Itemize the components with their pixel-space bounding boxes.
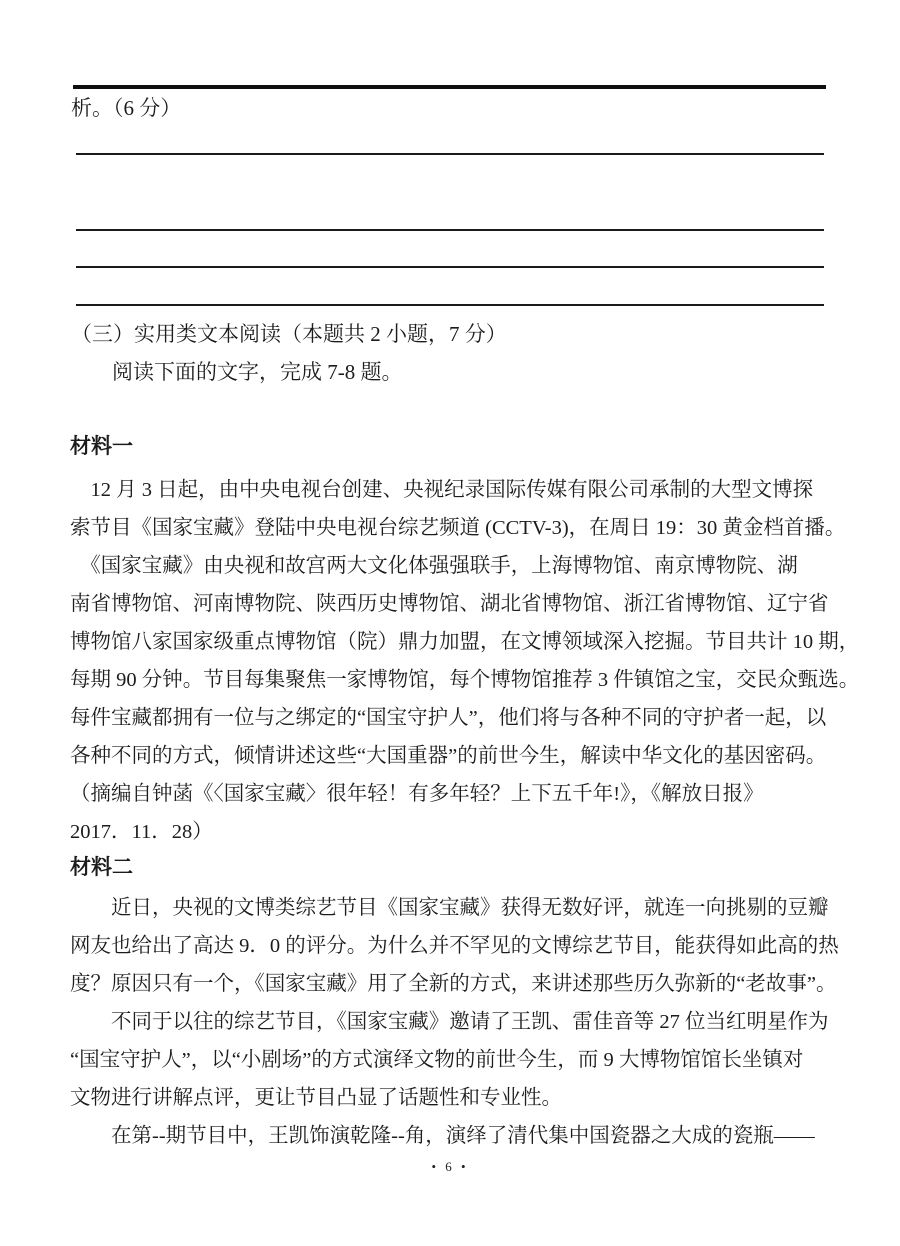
reading-instruction: 阅读下面的文字，完成 7-8 题。	[70, 358, 403, 386]
material-one-title: 材料一	[70, 433, 133, 461]
text-line: 在第--期节目中，王凯饰演乾隆--角，演绎了清代集中国瓷器之大成的瓷瓶——	[70, 1117, 860, 1155]
material-two-text: 近日，央视的文博类综艺节目《国家宝藏》获得无数好评，就连一向挑剔的豆瓣网友也给出…	[70, 889, 860, 1155]
text-line: 网友也给出了高达 9．0 的评分。为什么并不罕见的文博综艺节目，能获得如此高的热	[70, 927, 860, 965]
text-line: 度？原因只有一个，《国家宝藏》用了全新的方式，来讲述那些历久弥新的“老故事”。	[70, 965, 860, 1003]
text-line: “国宝守护人”，以“小剧场”的方式演绎文物的前世今生，而 9 大博物馆馆长坐镇对	[70, 1041, 860, 1079]
text-line: 每件宝藏都拥有一位与之绑定的“国宝守护人”，他们将与各种不同的守护者一起，以	[70, 699, 860, 737]
text-line: 《国家宝藏》由央视和故宫两大文化体强强联手，上海博物馆、南京博物院、湖	[70, 547, 860, 585]
section-heading: （三）实用类文本阅读（本题共 2 小题，7 分）	[71, 320, 507, 348]
text-line: （摘编自钟菡《〈国家宝藏〉很年轻！有多年轻？上下五千年!》，《解放日报》	[70, 775, 860, 813]
answer-line	[76, 266, 824, 268]
text-line: 索节目《国家宝藏》登陆中央电视台综艺频道 (CCTV-3)，在周日 19：30 …	[70, 509, 860, 547]
text-line: 不同于以往的综艺节目，《国家宝藏》邀请了王凯、雷佳音等 27 位当红明星作为	[70, 1003, 860, 1041]
top-divider-rule	[73, 85, 826, 89]
text-line: 12 月 3 日起，由中央电视台创建、央视纪录国际传媒有限公司承制的大型文博探	[70, 471, 860, 509]
text-line: 文物进行讲解点评，更让节目凸显了话题性和专业性。	[70, 1079, 860, 1117]
text-line: 博物馆八家国家级重点博物馆（院）鼎力加盟，在文博领域深入挖掘。节目共计 10 期…	[70, 623, 860, 661]
page-number: • 6 •	[0, 1157, 900, 1177]
material-one-text: 12 月 3 日起，由中央电视台创建、央视纪录国际传媒有限公司承制的大型文博探索…	[70, 471, 860, 851]
question-tail-text: 析。（6 分）	[71, 94, 181, 122]
text-line: 2017．11．28）	[70, 813, 860, 851]
answer-line	[76, 229, 824, 231]
scanned-exam-page: { "page": { "question_tail": "析。（6 分）", …	[0, 0, 900, 1246]
material-two-title: 材料二	[70, 854, 133, 882]
answer-line	[76, 153, 824, 155]
text-line: 各种不同的方式，倾情讲述这些“大国重器”的前世今生，解读中华文化的基因密码。	[70, 737, 860, 775]
text-line: 每期 90 分钟。节目每集聚焦一家博物馆，每个博物馆推荐 3 件镇馆之宝，交民众…	[70, 661, 860, 699]
text-line: 南省博物馆、河南博物院、陕西历史博物馆、湖北省博物馆、浙江省博物馆、辽宁省	[70, 585, 860, 623]
answer-line	[76, 304, 824, 306]
text-line: 近日，央视的文博类综艺节目《国家宝藏》获得无数好评，就连一向挑剔的豆瓣	[70, 889, 860, 927]
